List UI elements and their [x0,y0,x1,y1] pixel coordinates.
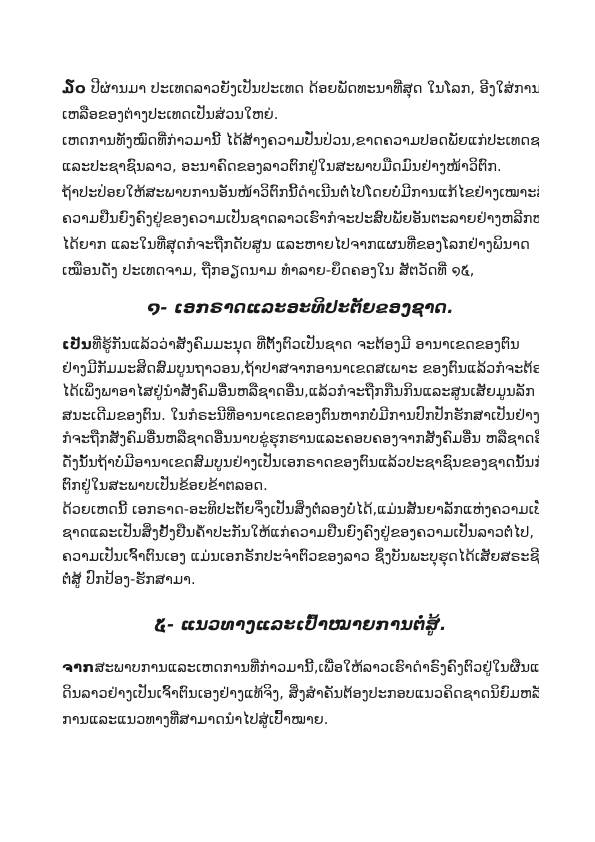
text-line: ຕົກຢູ່ໃນສະພາບເປັນຂ້ອຍຂ້າຕລອດ. [62,475,539,499]
text-run: ທີ່ຮູ້ກັນແລ້ວວ່າສັງຄົມມະນຸດ ທີ່ຕັ້ງຕົວເປ… [92,337,520,353]
text-line: ຄວາມເປັນເຈົ້າຕົນເອງ ແມ່ນເອກຣັກປະຈຳຕົວຂອງ… [62,546,539,570]
section-2-paragraph: ຈາກສະພາບການແລະເຫດການທີ່ກ່າວມານີ້,ເພື່ອໃຫ… [62,655,539,733]
text-line: ເຫດການທັງໝົດທີ່ກ່າວມານີ້ ໄດ້ສ້າງຄວາມປັ່ນ… [62,128,539,154]
text-run: ສະພາບການແລະເຫດການທີ່ກ່າວມານີ້,ເພື່ອໃຫ້ລາ… [95,660,539,676]
text-line: ເໝືອນດັ່ງ ປະເທດຈາມ, ຖືກອຽດນາມ ທຳລາຍ-ຍຶດຄ… [62,258,539,284]
document-page: ໓໐ ປີຜ່ານມາ ປະເທດລາວຍັງເປັນປະເທດ ດ້ອຍພັດ… [0,0,595,842]
intro-lead-word: ໓໐ [62,81,86,97]
text-line: ຄວາມຢືນຍົງຄົງຢູ່ຂອງຄວາມເປັນຊາດລາວເຮົາກໍຈ… [62,206,539,232]
text-line: ການແລະແນວທາງທີ່ສາມາດນຳໄປສູ່ເປົ້າໝາຍ. [62,707,539,733]
text-line: ຈາກສະພາບການແລະເຫດການທີ່ກ່າວມານີ້,ເພື່ອໃຫ… [62,655,539,681]
text-run: ປີຜ່ານມາ ປະເທດລາວຍັງເປັນປະເທດ ດ້ອຍພັດທະນ… [86,81,539,97]
text-line: ດິນລາວຢ່າງເປັນເຈົ້າຕົນເອງຢ່າງແທ້ຈິງ, ສິ່… [62,681,539,707]
section-1-paragraph: ເປັນທີ່ຮູ້ກັນແລ້ວວ່າສັງຄົມມະນຸດ ທີ່ຕັ້ງຕ… [62,334,539,593]
text-line: ແລະປະຊາຊົນລາວ, ອະນາຄົດຂອງລາວຕົກຢູ່ໃນສະພາ… [62,154,539,180]
text-line: ຢ່າງມີກັມມະສິດສົມບູນຖາວອນ,ຖ້າປາສຈາກອານາເ… [62,358,539,382]
section-1-heading: ໑- ເອກຣາດແລະອະທິປະຕັຍຂອງຊາດ. [62,298,539,318]
text-line: ດັ່ງນັ້ນຖ້າບໍ່ມີອານາເຂດສົມບູນຢ່າງເປັນເອກ… [62,452,539,476]
text-line: ໄດ້ເພິ່ງພາອາໄສຢູ່ນຳສັງຄົມອື່ນຫລືຊາດອື່ນ,… [62,381,539,405]
text-line: ໓໐ ປີຜ່ານມາ ປະເທດລາວຍັງເປັນປະເທດ ດ້ອຍພັດ… [62,76,539,102]
text-line: ເຫລືອຂອງຕ່າງປະເທດເປັນສ່ວນໃຫຍ່. [62,102,539,128]
section-2-lead-word: ຈາກ [62,660,95,676]
section-2-heading: ໕- ແນວທາງແລະເປົ້າໝາຍການຕໍ່ສູ້. [62,615,539,635]
text-line: ເປັນທີ່ຮູ້ກັນແລ້ວວ່າສັງຄົມມະນຸດ ທີ່ຕັ້ງຕ… [62,334,539,358]
text-line: ຖ້າປະປ່ອຍໃຫ້ສະພາບການອັນໜ້າວິຕົກນີ້ດຳເນີນ… [62,180,539,206]
intro-paragraph: ໓໐ ປີຜ່ານມາ ປະເທດລາວຍັງເປັນປະເທດ ດ້ອຍພັດ… [62,76,539,284]
text-line: ດ້ວຍເຫດນີ້ ເອກຣາດ-ອະທິປະຕັຍຈຶ່ງເປັນສິ່ງຕ… [62,499,539,523]
text-line: ກໍຈະຖືກສັງຄົມອື່ນຫລືຊາດອື່ນນາບຂູ່ຮຸກຮານແ… [62,428,539,452]
text-line: ຕໍ່ສູ້ ປົກປ້ອງ-ຮັກສາມາ. [62,569,539,593]
text-line: ຊາດແລະເປັນສິ່ງຢັ້ງຢືນຄ້ຳປະກັນໃຫ້ແກ່ຄວາມຢ… [62,522,539,546]
text-line: ສນະເດີມຂອງຕົນ. ໃນກໍຣະນີທີ່ອານາເຂດຂອງຕົນຫ… [62,405,539,429]
section-1-lead-word: ເປັນ [62,337,92,353]
text-line: ໄດ້ຍາກ ແລະໃນທີ່ສຸດກໍຈະຖືກດັບສູນ ແລະຫາຍໄປ… [62,232,539,258]
